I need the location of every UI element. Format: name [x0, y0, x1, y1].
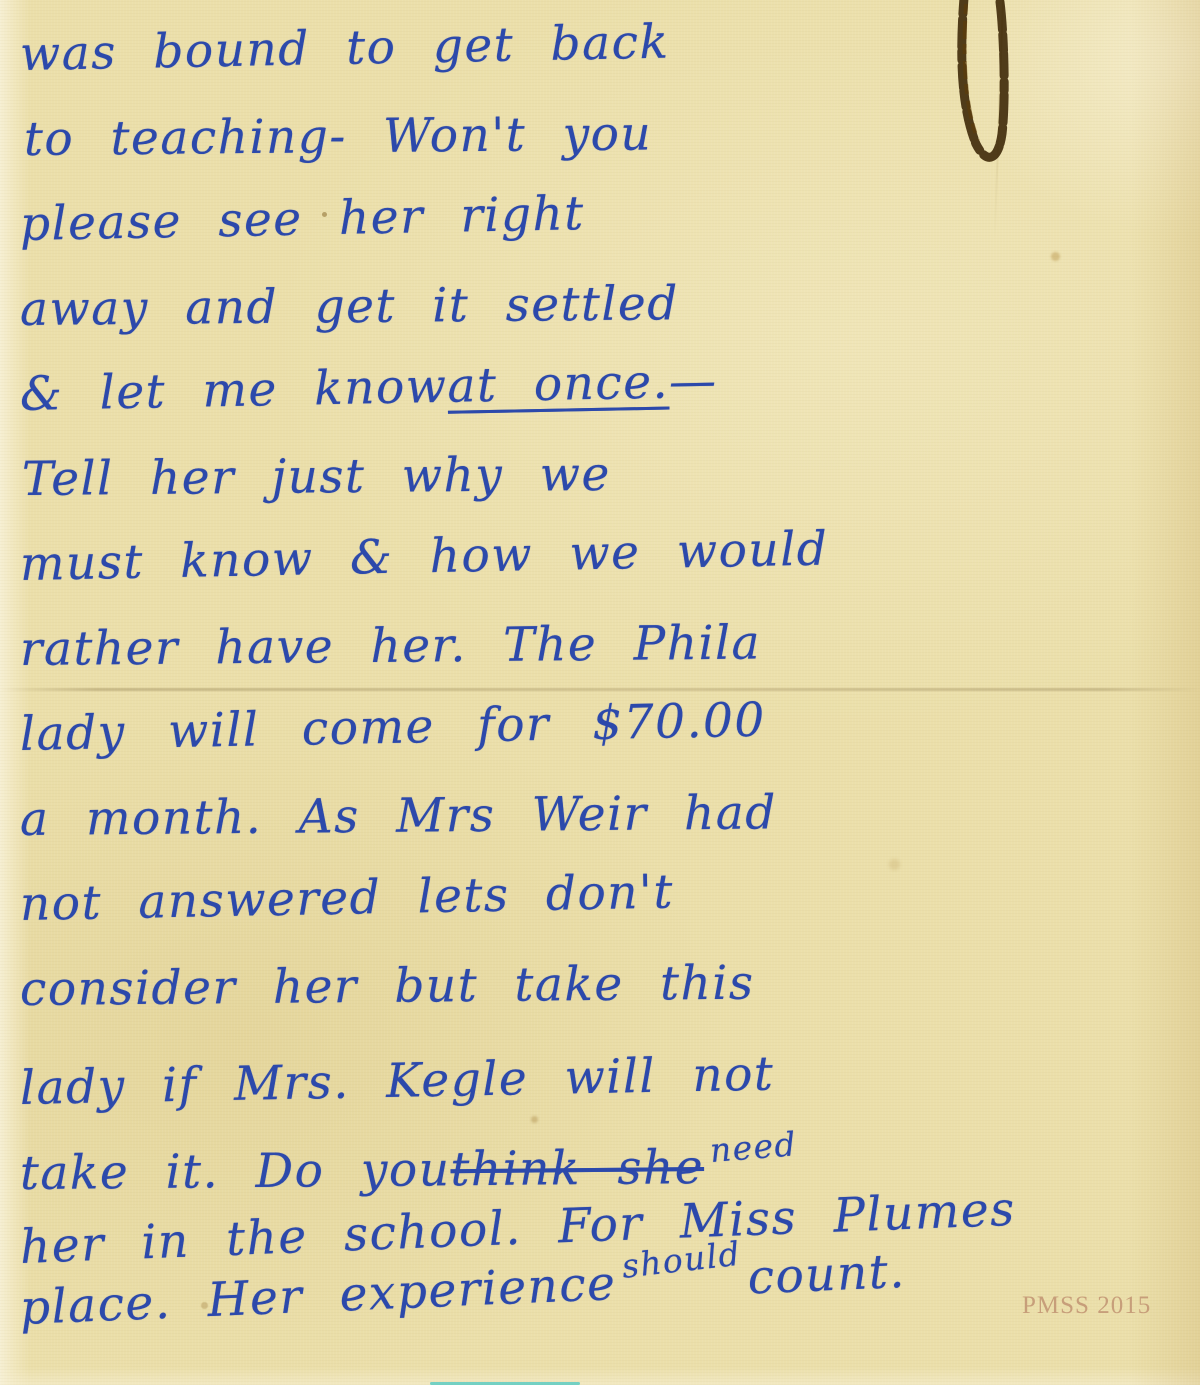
line-text: please see her right	[19, 186, 585, 252]
line-text: must know & how we would	[19, 521, 828, 592]
handwriting-line: consider her but take this	[20, 937, 1193, 1032]
line-text: place. Her experience	[19, 1256, 618, 1336]
line-text: lady if Mrs. Kegle will not	[19, 1047, 774, 1116]
line-text: away and get it settled	[20, 276, 679, 337]
letter-page: PMSS 2015 was bound to get back to teach…	[0, 0, 1200, 1385]
line-text: & let me know	[19, 359, 448, 422]
handwriting-text-layer: was bound to get back to teaching- Won't…	[20, 12, 1192, 1346]
line-text: take it. Do you	[20, 1142, 451, 1201]
line-text: a month. As Mrs Weir had	[20, 785, 777, 847]
line-text: lady will come for $70.00	[19, 693, 766, 762]
inserted-word: need	[708, 1124, 798, 1170]
line-text: to teaching- Won't you	[24, 106, 653, 166]
line-text: count.	[746, 1243, 906, 1305]
line-text: consider her but take this	[20, 956, 755, 1017]
line-text: Tell her just why we	[22, 447, 611, 507]
line-text: rather have her. The Phila	[20, 616, 762, 677]
underlined-phrase: at once.	[447, 355, 670, 414]
line-text: not answered lets don't	[19, 864, 674, 932]
handwriting-line: was bound to get back	[19, 0, 1192, 97]
line-text: was bound to get back	[19, 15, 669, 82]
handwriting-line: lady if Mrs. Kegle will not	[19, 1024, 1192, 1131]
line-text: —	[668, 354, 718, 410]
